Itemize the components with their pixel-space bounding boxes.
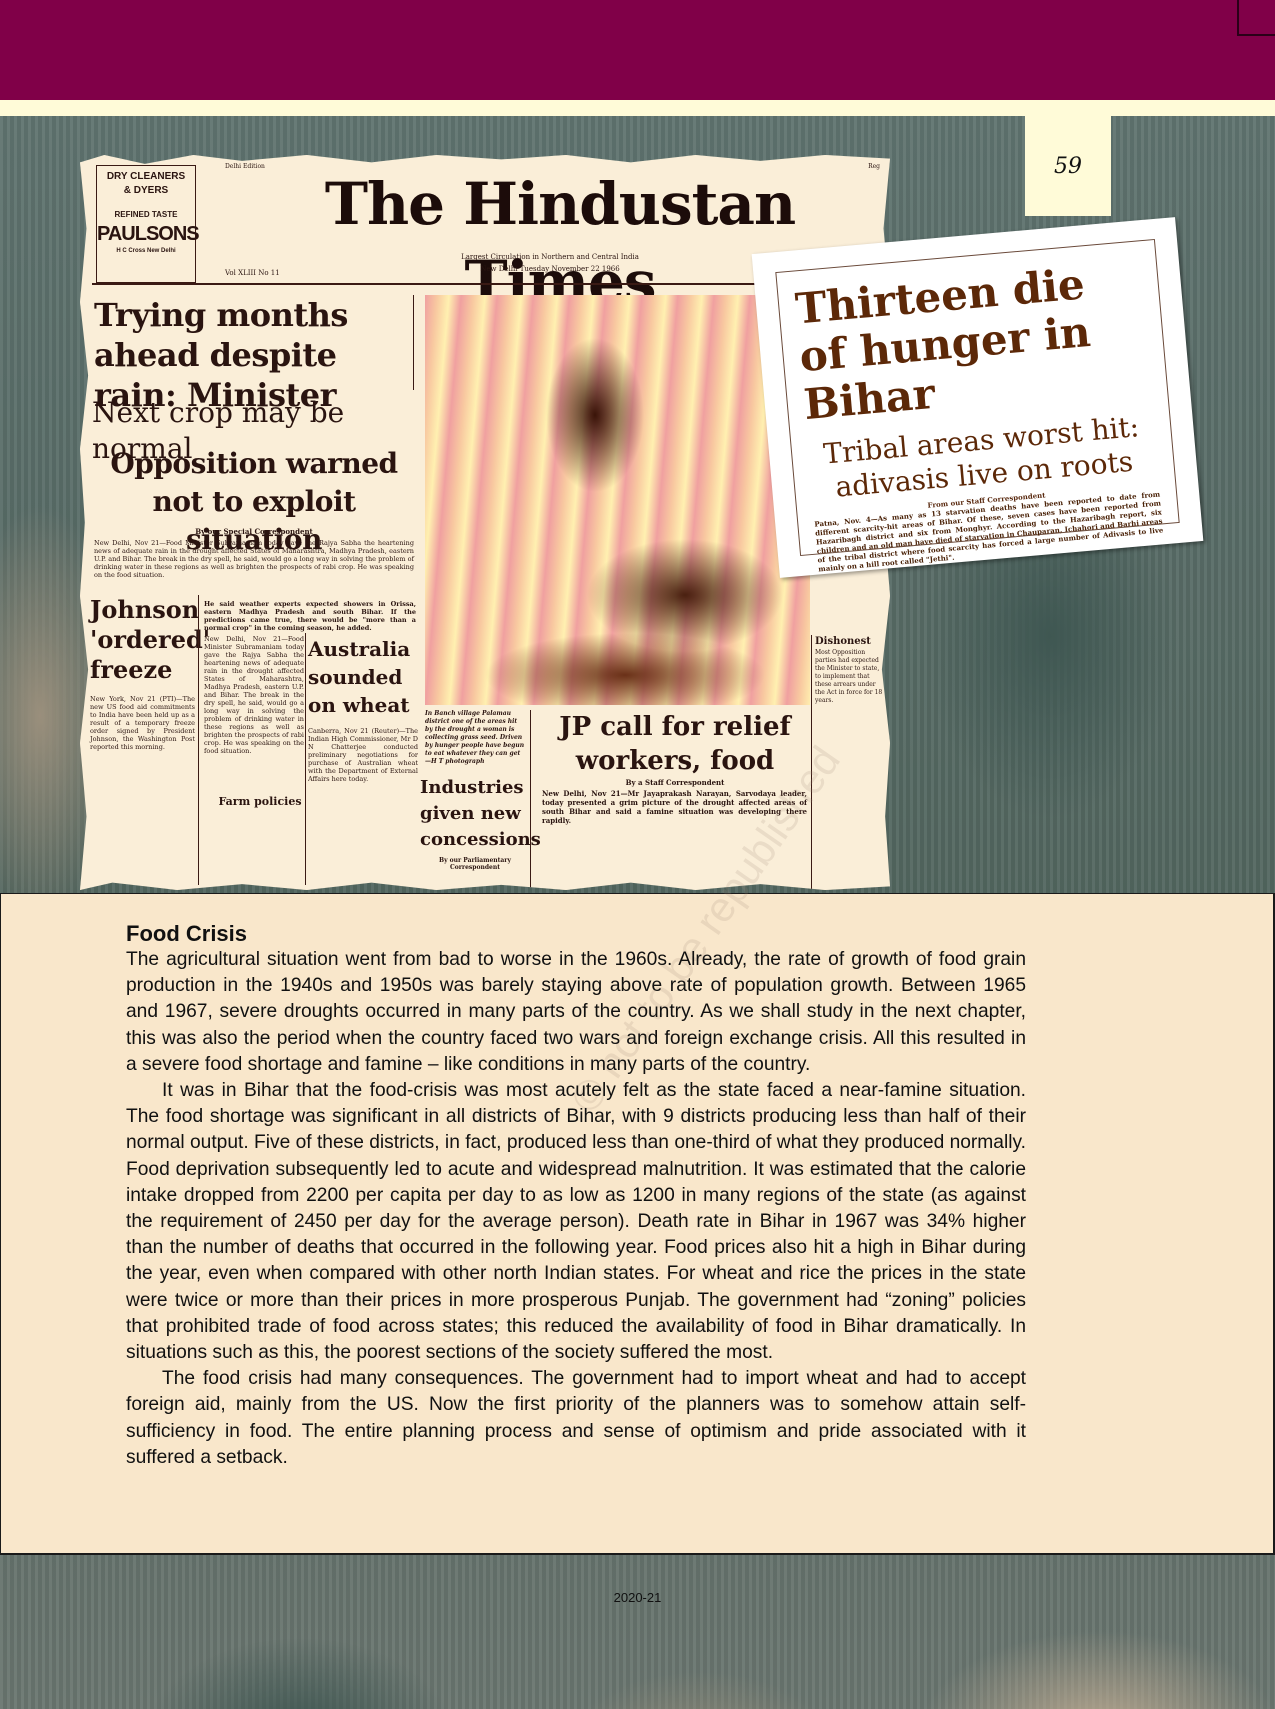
bihar-headline: Thirteen die of hunger in Bihar bbox=[794, 255, 1152, 429]
ad-line-2: & DYERS bbox=[97, 184, 195, 198]
reg-mark: Reg bbox=[868, 163, 880, 170]
newspaper-tagline: Largest Circulation in Northern and Cent… bbox=[340, 253, 760, 261]
article-panel: © not to be republished Food Crisis The … bbox=[0, 893, 1275, 1555]
newspaper-dateline: New Delhi Tuesday November 22 1966 bbox=[340, 265, 760, 273]
ad-line-1: DRY CLEANERS bbox=[97, 170, 195, 184]
australia-body: Canberra, Nov 21 (Reuter)—The Indian Hig… bbox=[308, 727, 418, 877]
right-strip-heading: Dishonest bbox=[815, 635, 885, 649]
page-number: 59 bbox=[1054, 154, 1082, 179]
jp-headline: JP call for relief workers, food bbox=[535, 710, 815, 778]
column-rule bbox=[413, 295, 414, 390]
lead-byline: By our Special Correspondent bbox=[94, 527, 414, 536]
paragraph: The agricultural situation went from bad… bbox=[126, 947, 1026, 1078]
lead-body: New Delhi, Nov 21—Food Minister Subraman… bbox=[94, 539, 414, 579]
paragraph: It was in Bihar that the food-crisis was… bbox=[126, 1078, 1026, 1366]
section-title: Food Crisis bbox=[126, 921, 247, 947]
bihar-clipping: Thirteen die of hunger in Bihar Tribal a… bbox=[752, 217, 1204, 578]
farm-policies-subhead: Farm policies bbox=[210, 795, 310, 808]
photo-caption: In Banch village Palamau district one of… bbox=[425, 710, 525, 766]
industries-headline: Industries given new concessions bbox=[420, 775, 530, 853]
page-number-box: 59 bbox=[1025, 116, 1111, 216]
lead-body-2: He said weather experts expected showers… bbox=[204, 600, 416, 632]
lead-body-continued: New Delhi, Nov 21—Food Minister Subraman… bbox=[204, 635, 304, 785]
ad-brand: PAULSONS bbox=[97, 222, 195, 246]
ad-address: H C Cross New Delhi bbox=[97, 246, 195, 256]
volume-label: Vol XLIII No 11 bbox=[225, 269, 280, 277]
footer-year: 2020-21 bbox=[0, 1590, 1275, 1605]
column-rule bbox=[198, 595, 199, 885]
column-rule bbox=[530, 710, 531, 890]
corner-decoration bbox=[1237, 0, 1275, 36]
ad-line-3: REFINED TASTE bbox=[97, 208, 195, 222]
jp-byline: By a Staff Correspondent bbox=[550, 778, 800, 787]
column-rule bbox=[305, 633, 306, 885]
drought-photograph bbox=[425, 295, 810, 705]
paragraph: The food crisis had many consequences. T… bbox=[126, 1366, 1026, 1471]
industries-byline: By our Parliamentary Correspondent bbox=[430, 857, 520, 871]
johnson-headline: Johnson 'ordered' freeze bbox=[90, 595, 190, 685]
australia-headline: Australia sounded on wheat bbox=[308, 635, 420, 719]
right-column-strip: Dishonest Most Opposition parties had ex… bbox=[815, 635, 885, 705]
right-strip-body: Most Opposition parties had expected the… bbox=[815, 649, 885, 705]
johnson-body: New York, Nov 21 (PTI)—The new US food a… bbox=[90, 695, 195, 751]
header-strip bbox=[0, 100, 1275, 116]
header-band bbox=[0, 0, 1275, 100]
advertisement-box: DRY CLEANERS & DYERS REFINED TASTE PAULS… bbox=[96, 165, 196, 283]
article-body: The agricultural situation went from bad… bbox=[126, 947, 1026, 1471]
edition-label: Delhi Edition bbox=[225, 163, 265, 170]
